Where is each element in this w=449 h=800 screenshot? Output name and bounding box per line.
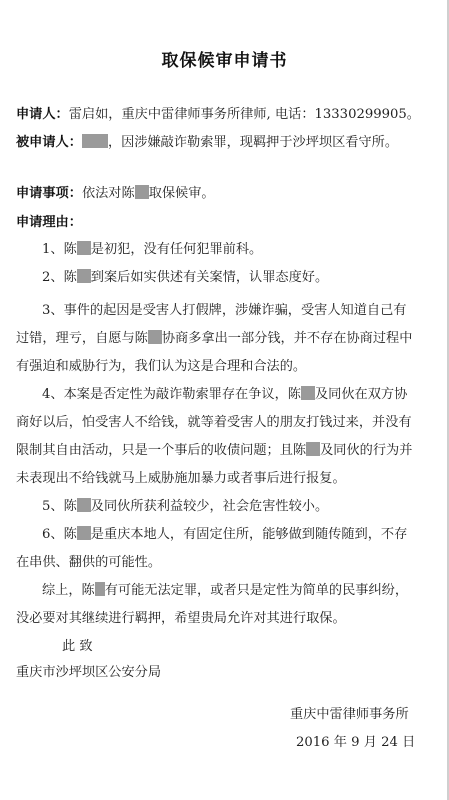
matter-text: 依法对陈 (82, 186, 135, 201)
reason-text: 限制其自由活动，只是一个事后的收债问题；且陈 (16, 443, 306, 458)
matter-text: 取保候审。 (149, 186, 215, 201)
reason-4-line-3: 限制其自由活动，只是一个事后的收债问题；且陈及同伙的行为并 (16, 442, 412, 460)
reason-text: 1、陈 (42, 242, 77, 257)
respondent-text: ，因涉嫌敲诈勒索罪，现羁押于沙坪坝区看守所。 (108, 135, 398, 150)
reason-4-line-2: 商好以后，怕受害人不给钱，就等着受害人的朋友打钱过来，并没有 (16, 414, 412, 432)
redacted-name (301, 386, 315, 400)
applicant-text: 雷启如，重庆中雷律师事务所律师, 电话：13330299905。 (69, 107, 420, 122)
redacted-name (135, 185, 149, 199)
summary-line-1: 综上，陈有可能无法定罪，或者只是定性为简单的民事纠纷， (42, 582, 408, 600)
summary-line-2: 没必要对其继续进行羁押，希望贵局允许对其进行取保。 (16, 610, 346, 628)
summary-text: 综上，陈 (42, 583, 95, 598)
matter-line: 申请事项：依法对陈取保候审。 (16, 185, 215, 203)
reason-text: 过错，理亏，自愿与陈 (16, 331, 148, 346)
reason-4-line-4: 未表现出不给钱就马上威胁施加暴力或者事后进行报复。 (16, 470, 346, 488)
date: 2016 年 9 月 24 日 (296, 731, 415, 750)
recipient: 重庆市沙坪坝区公安分局 (16, 664, 161, 682)
reason-2: 2、陈到案后如实供述有关案情，认罪态度好。 (42, 269, 328, 287)
reason-text: 及同伙所获利益较少，社会危害性较小。 (91, 499, 328, 514)
signatory: 重庆中雷律师事务所 (290, 703, 409, 722)
reason-3-line-1: 3、事件的起因是受害人打假牌，涉嫌诈骗，受害人知道自己有 (42, 302, 406, 320)
reason-1: 1、陈是初犯，没有任何犯罪前科。 (42, 241, 262, 259)
reason-text: 及同伙在双方协 (315, 387, 407, 402)
reason-text: 到案后如实供述有关案情，认罪态度好。 (91, 270, 328, 285)
redacted-name (148, 330, 162, 344)
redacted-name (95, 582, 105, 596)
redacted-name (77, 269, 91, 283)
reasons-label: 申请理由： (16, 214, 82, 232)
applicant-line: 申请人：雷启如，重庆中雷律师事务所律师, 电话：13330299905。 (16, 106, 420, 124)
reason-text: 是重庆本地人，有固定住所，能够做到随传随到，不存 (91, 527, 408, 542)
reason-text: 是初犯，没有任何犯罪前科。 (91, 242, 262, 257)
reason-6-line-2: 在串供、翻供的可能性。 (16, 554, 161, 572)
redacted-name (306, 442, 320, 456)
salutation: 此 致 (62, 638, 93, 656)
redacted-name (82, 134, 108, 148)
document-title: 取保候审申请书 (0, 46, 449, 71)
reason-3-line-2: 过错，理亏，自愿与陈协商多拿出一部分钱，并不存在协商过程中 (16, 330, 412, 348)
redacted-name (77, 498, 91, 512)
reason-5: 5、陈及同伙所获利益较少，社会危害性较小。 (42, 498, 328, 516)
reason-text: 2、陈 (42, 270, 77, 285)
reason-text: 6、陈 (42, 527, 77, 542)
respondent-line: 被申请人：，因涉嫌敲诈勒索罪，现羁押于沙坪坝区看守所。 (16, 134, 398, 152)
reason-4-line-1: 4、本案是否定性为敲诈勒索罪存在争议，陈及同伙在双方协 (42, 386, 407, 404)
summary-text: 有可能无法定罪，或者只是定性为简单的民事纠纷， (105, 583, 408, 598)
redacted-name (77, 241, 91, 255)
reason-text: 协商多拿出一部分钱，并不存在协商过程中 (162, 331, 413, 346)
reason-6-line-1: 6、陈是重庆本地人，有固定住所，能够做到随传随到，不存 (42, 526, 407, 544)
reason-text: 5、陈 (42, 499, 77, 514)
matter-label: 申请事项： (16, 186, 82, 201)
applicant-label: 申请人： (16, 107, 69, 122)
reason-text: 4、本案是否定性为敲诈勒索罪存在争议，陈 (42, 387, 301, 402)
redacted-name (77, 526, 91, 540)
reason-text: 及同伙的行为并 (320, 443, 412, 458)
reason-3-line-3: 有强迫和威胁行为，我们认为这是合理和合法的。 (16, 358, 306, 376)
respondent-label: 被申请人： (16, 135, 82, 150)
